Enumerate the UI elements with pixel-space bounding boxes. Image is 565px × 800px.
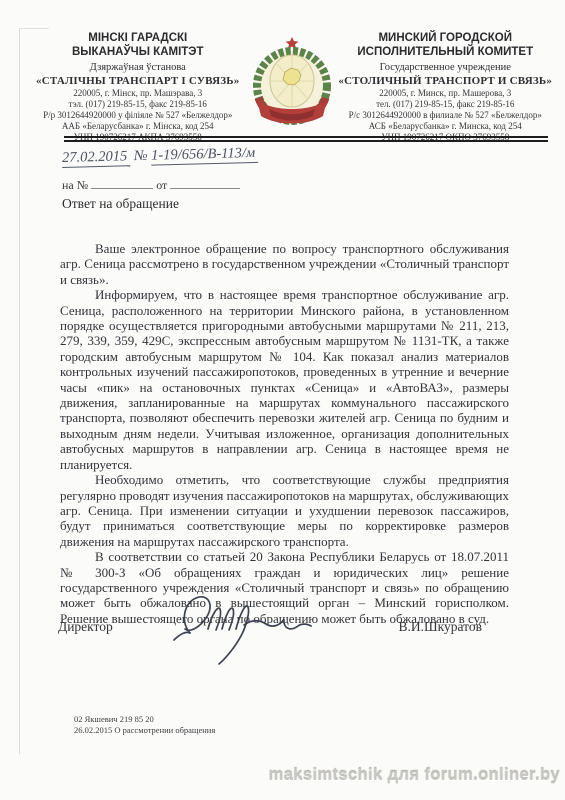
address-by: 220005, г. Мінск, пр. Машэрава, 3 [28, 88, 248, 99]
incoming-ref-prefix: на № [62, 178, 88, 192]
org-type-ru: Государственное учреждение [336, 62, 556, 74]
incoming-ref-from-label: от [156, 178, 167, 192]
account-ru: Р/с 3012644920000 в филиале № 527 «Белже… [336, 110, 556, 121]
incoming-ref-date-blank [170, 178, 240, 189]
letter-subject: Ответ на обращение [62, 196, 322, 212]
bank-ru: АСБ «Беларусбанка» г. Минска, код 254 [336, 121, 556, 132]
reference-block: 27.02.2015 № 1-19/656/В-113/м на № от От… [62, 150, 322, 212]
signer-name: В.И.Шкуратов [399, 619, 482, 635]
signer-title: Директор [58, 619, 113, 635]
org-name-ru-line2: ИСПОЛНИТЕЛЬНЫЙ КОМИТЕТ [336, 46, 556, 60]
scan-left-edge [19, 28, 20, 754]
handwritten-ref-number: 1-19/656/В-113/м [151, 145, 258, 166]
org-name-by-line2: ВЫКАНАЎЧЫ КАМІТЭТ [28, 46, 248, 60]
body-paragraph-2: Информируем, что в настоящее время транс… [60, 287, 509, 472]
phone-ru: тел. (017) 219-85-15, факс 219-85-16 [336, 99, 556, 110]
handwritten-outgoing-number: 27.02.2015 № 1-19/656/В-113/м [62, 143, 322, 167]
letter-body: Ваше электронное обращение по вопросу тр… [60, 241, 509, 626]
handwritten-date: 27.02.2015 [62, 148, 131, 168]
letterhead-left-column: МІНСКІ ГАРАДСКІ ВЫКАНАЎЧЫ КАМІТЭТ Дзяржа… [28, 32, 248, 143]
incoming-ref-number-blank [91, 178, 153, 189]
scan-top-edge [19, 28, 49, 29]
scanned-letter-page: МІНСКІ ГАРАДСКІ ВЫКАНАЎЧЫ КАМІТЭТ Дзяржа… [0, 0, 565, 800]
body-paragraph-4: В соответствии со статьей 20 Закона Респ… [60, 549, 509, 626]
institution-name-by: «СТАЛІЧНЫ ТРАНСПАРТ І СУВЯЗЬ» [28, 75, 248, 88]
letterhead-double-rule [64, 136, 548, 142]
org-name-by-line1: МІНСКІ ГАРАДСКІ [28, 32, 248, 46]
number-sign: № [134, 148, 148, 164]
signature-row: Директор В.И.Шкуратов [58, 619, 510, 635]
belarus-coat-of-arms-icon [248, 32, 336, 130]
executor-notes: 02 Якшевич 219 85 20 26.02.2015 О рассмо… [74, 714, 215, 735]
institution-name-ru: «СТОЛИЧНЫЙ ТРАНСПОРТ И СВЯЗЬ» [336, 75, 556, 88]
executor-phone-line: 02 Якшевич 219 85 20 [74, 714, 215, 725]
letterhead: МІНСКІ ГАРАДСКІ ВЫКАНАЎЧЫ КАМІТЭТ Дзяржа… [28, 32, 555, 143]
incoming-ref-line: на № от [62, 178, 322, 193]
registration-line: 26.02.2015 О рассмотрении обращения [74, 725, 215, 736]
forum-watermark: maksimtschik для forum.onliner.by [269, 766, 560, 785]
body-paragraph-3: Необходимо отметить, что соответствующие… [60, 472, 509, 549]
account-by: Р/р 3012644920000 у філіяле № 527 «Белже… [28, 110, 248, 121]
phone-by: тэл. (017) 219-85-15, факс 219-85-16 [28, 99, 248, 110]
org-name-ru-line1: МИНСКИЙ ГОРОДСКОЙ [336, 32, 556, 46]
org-type-by: Дзяржаўная ўстанова [28, 62, 248, 74]
letterhead-right-column: МИНСКИЙ ГОРОДСКОЙ ИСПОЛНИТЕЛЬНЫЙ КОМИТЕТ… [336, 32, 556, 143]
address-ru: 220005, г. Минск, пр. Машерова, 3 [336, 88, 556, 99]
body-paragraph-1: Ваше электронное обращение по вопросу тр… [60, 241, 509, 287]
bank-by: ААБ «Беларусбанка» г. Мінска, код 254 [28, 121, 248, 132]
